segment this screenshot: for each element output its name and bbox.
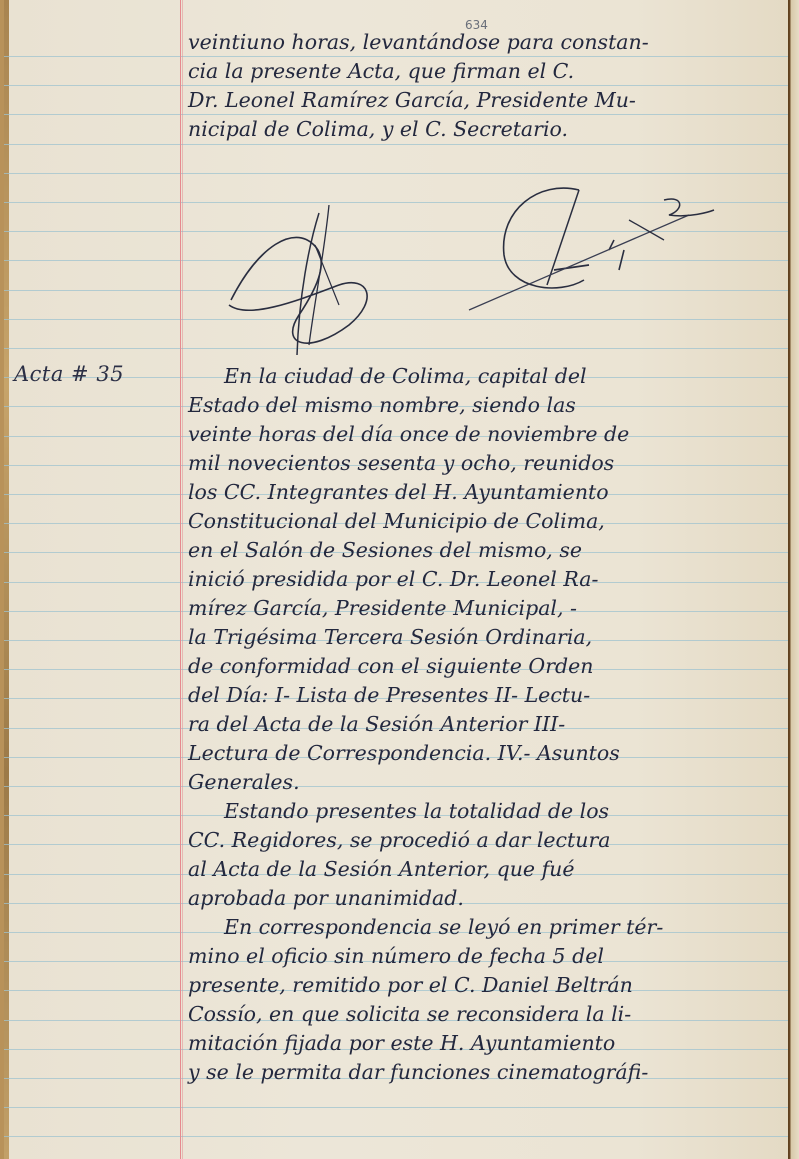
body-line: mírez García, Presidente Municipal, - [188,594,788,623]
body-line: la Trigésima Tercera Sesión Ordinaria, [188,623,788,652]
ledger-page: 634 veintiuno horas, levantándose para c… [4,0,790,1159]
margin-line-double [182,0,183,1159]
closing-block: veintiuno horas, levantándose para const… [188,28,788,144]
body-line: del Día: I- Lista de Presentes II- Lectu… [188,681,788,710]
closing-line: nicipal de Colima, y el C. Secretario. [188,115,788,144]
body-line: Constitucional del Municipio de Colima, [188,507,788,536]
body-line: ra del Acta de la Sesión Anterior III- [188,710,788,739]
closing-line: Dr. Leonel Ramírez García, Presidente Mu… [188,86,788,115]
body-line: Estado del mismo nombre, siendo las [188,391,788,420]
ruled-line [4,1107,790,1108]
body-line: y se le permita dar funciones cinematogr… [188,1058,788,1087]
body-line: En correspondencia se leyó en primer tér… [188,913,788,942]
body-line: presente, remitido por el C. Daniel Belt… [188,971,788,1000]
body-line: Cossío, en que solicita se reconsidera l… [188,1000,788,1029]
ruled-line [4,348,790,349]
body-line: mino el oficio sin número de fecha 5 del [188,942,788,971]
body-text: En la ciudad de Colima, capital del Esta… [188,362,788,1087]
body-line: mil novecientos sesenta y ocho, reunidos [188,449,788,478]
body-line: aprobada por unanimidad. [188,884,788,913]
body-line: al Acta de la Sesión Anterior, que fué [188,855,788,884]
page-right-edge [788,0,799,1159]
ruled-line [4,173,790,174]
body-line: mitación fijada por este H. Ayuntamiento [188,1029,788,1058]
body-line: En la ciudad de Colima, capital del [188,362,788,391]
margin-line [180,0,181,1159]
body-line: veinte horas del día once de noviembre d… [188,420,788,449]
body-line: Generales. [188,768,788,797]
body-line: CC. Regidores, se procedió a dar lectura [188,826,788,855]
ruled-line [4,1136,790,1137]
closing-line: cia la presente Acta, que firman el C. [188,57,788,86]
body-line: inició presidida por el C. Dr. Leonel Ra… [188,565,788,594]
ruled-line [4,144,790,145]
body-line: Lectura de Correspondencia. IV.- Asuntos [188,739,788,768]
signature-president [219,205,389,365]
body-line: los CC. Integrantes del H. Ayuntamiento [188,478,788,507]
acta-number-label: Acta # 35 [14,362,124,386]
signature-secretary [459,180,729,320]
body-line: Estando presentes la totalidad de los [188,797,788,826]
body-line: en el Salón de Sesiones del mismo, se [188,536,788,565]
body-line: de conformidad con el siguiente Orden [188,652,788,681]
closing-line: veintiuno horas, levantándose para const… [188,28,788,57]
